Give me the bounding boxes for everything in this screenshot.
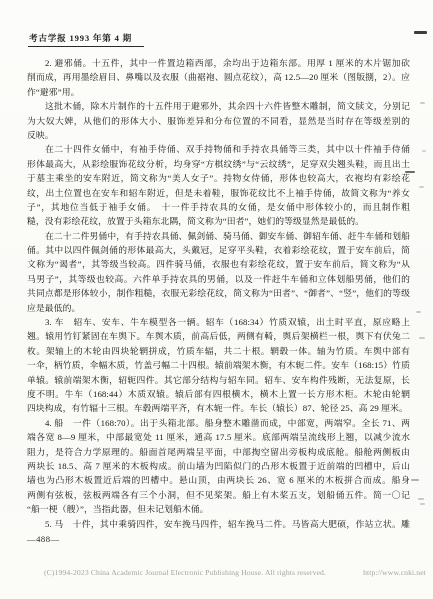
text-line: 枚。架轴上的木轮由四块轮辋拼成，竹质车辐，共二十根。辋毂一体。轴为竹质。车舆中部…: [27, 344, 410, 358]
text-line: 两侧有弦板，弦板两端各有三个小洞，但不见桨架。船上有木桨五支，划船俑五件。简一〇…: [27, 488, 410, 502]
text-line: 于墓主乘坐的安车附近，简文称为“美人女子”。持物女侍俑，形体也较高大，衣袍均有彩…: [27, 171, 410, 185]
text-line: 2. 避邪俑。十五件，其中一件置边箱西部，余均出于边箱东部。用厚 1 厘米的木片…: [27, 56, 410, 70]
scanned-page: 考古学报 1993 年第 4 期 2. 避邪俑。十五件，其中一件置边箱西部，余均…: [0, 0, 433, 599]
scan-artifact: [419, 337, 425, 339]
scan-artifact: [411, 479, 419, 481]
scan-artifact: [405, 171, 415, 173]
text-line: 这批木俑，除木片制作的十五件用于避邪外，其余四十六件皆整木雕制，简文牍文，分别记: [27, 99, 410, 113]
text-line: 一伞，柄竹质，伞幅木质，竹盖弓幅二十四根。辕前端架木衡，有木轭二件。安车（168…: [27, 358, 410, 372]
text-line: 形体最高大，从彩绘服饰花纹分析，均身穿“方棋纹绣”与“云纹绣”，足穿双尖翘头鞋，…: [27, 157, 410, 171]
scan-artifact: [416, 311, 421, 313]
text-line: 马男子”，其等级也较高。六件单手持农具的男俑，以及一件赶牛车俑和立体划船男俑，他…: [27, 272, 410, 286]
text-line: 作“避邪”用。: [27, 85, 410, 99]
text-line: 墙也为凸形木板置近后端的凹槽中。悬山顶，由两块长 26、宽 6 厘米的木板拼合而…: [27, 473, 410, 487]
text-line: 纹，出土位置也在安车和轺车附近，但是未着鞋，服饰花纹比不上袖手侍俑，故简文称为“…: [27, 186, 410, 200]
scan-artifact: [418, 498, 424, 500]
text-line: 单辕。辕前端架木衡，轺轭四件。其它部分结构与轺车同。轺车、安车构件残断，无法复原…: [27, 373, 410, 387]
text-line: 度不明。牛车（168:44）木质双辕。辕后部有四根横木，横木上置一长方形木柜。木…: [27, 387, 410, 401]
text-line: 文称为“谒者”，其等级当较高。四件骑马俑，衣服也有彩绘花纹，置于安车前后，简文称…: [27, 257, 410, 271]
text-line: 在二十四件女俑中，有袖手侍俑、双手持物俑和手持农具俑等三类，其中以十件袖手侍俑: [27, 142, 410, 156]
scan-artifact: [419, 186, 424, 188]
scan-artifact: [420, 102, 425, 104]
text-line: 端各宽 8—9 厘米，中部最宽处 11 厘米，通高 17.5 厘米。底部两端呈流…: [27, 430, 410, 444]
text-line: 为大奴大婢，从他们的形体大小、服饰差异和分布位置的不同看，显然是当时存在等级差别…: [27, 114, 410, 128]
page-number: —488—: [27, 534, 60, 544]
text-line: 3. 车 轺车、安车、牛车模型各一辆。轺车（168:34）竹质双辕，出土时平直，…: [27, 315, 410, 329]
text-line: 子”，其地位当低于袖手女俑。 十一件手持农具的女俑，是女俑中形体较小的，而且制作…: [27, 200, 410, 214]
text-line: 翘。辕用竹钉紧固在车舆下。车舆木质，前高后低，两侧有輢，舆后架横栏一根，舆下有伏…: [27, 329, 410, 343]
text-line: 共同点都是形体较小，制作粗糙，衣服无彩绘花纹，简文称为“田者”、“御者”、“竖”…: [27, 286, 410, 300]
text-line: 5. 马 十件，其中乘骑四件，安车挽马四件，轺车挽马二件。马皆高大肥硕，作站立状…: [27, 517, 410, 531]
text-line: 阻力，是符合力学原理的。船面首尾两端呈平面，中部掏空留出旁板构成底舱。船舱两侧板…: [27, 445, 410, 459]
copyright-text: (C)1994-2023 China Academic Journal Elec…: [44, 568, 326, 577]
text-line: 应是最低的。: [27, 301, 410, 315]
text-line: 4. 船 一件（168:70）。出于头箱北部。船身整木雕凿而成，中部宽，两端窄。…: [27, 416, 410, 430]
text-line: 反映。: [27, 128, 410, 142]
copyright-bar: (C)1994-2023 China Academic Journal Elec…: [44, 568, 426, 577]
scan-artifact: [420, 503, 425, 505]
text-line: 在二十二件男俑中，有手持农具俑、佩剑俑、骑马俑、御安车俑、御轺车俑、赶牛车俑和划…: [27, 229, 410, 243]
scan-artifact: [422, 150, 426, 152]
text-line: 糙，没有彩绘花纹，放置于头箱东北隅，简文称为“田者”，她们的等级显然是最低的。: [27, 214, 410, 228]
text-line: 四块构成，有竹辐十三根。车毂两端平齐，有木轭一件。车长（辕长）87、轮径 25、…: [27, 401, 410, 415]
copyright-url: http://www.cnki.net: [363, 568, 426, 577]
text-line: 削而成，再用墨绘眉目、鼻嘴以及衣服（曲裾袍、圆点花纹），高 12.5—20 厘米…: [27, 70, 410, 84]
journal-header: 考古学报 1993 年第 4 期: [28, 32, 144, 47]
text-line: 俑。其中以四件佩剑俑的形体最高大，头戴冠，足穿平头鞋，衣着彩绘花纹，置于安车前后…: [27, 243, 410, 257]
text-line: 两块长 18.5、高 7 厘米的木板构成。前山墙为凹陷似门的凸形木板置于近前端的…: [27, 459, 410, 473]
scan-artifact: [414, 31, 427, 34]
article-body-text: 2. 避邪俑。十五件，其中一件置边箱西部，余均出于边箱东部。用厚 1 厘米的木片…: [27, 56, 410, 531]
text-line: “船一梗（艘）”，当指此器，但未记划船木俑。: [27, 502, 410, 516]
